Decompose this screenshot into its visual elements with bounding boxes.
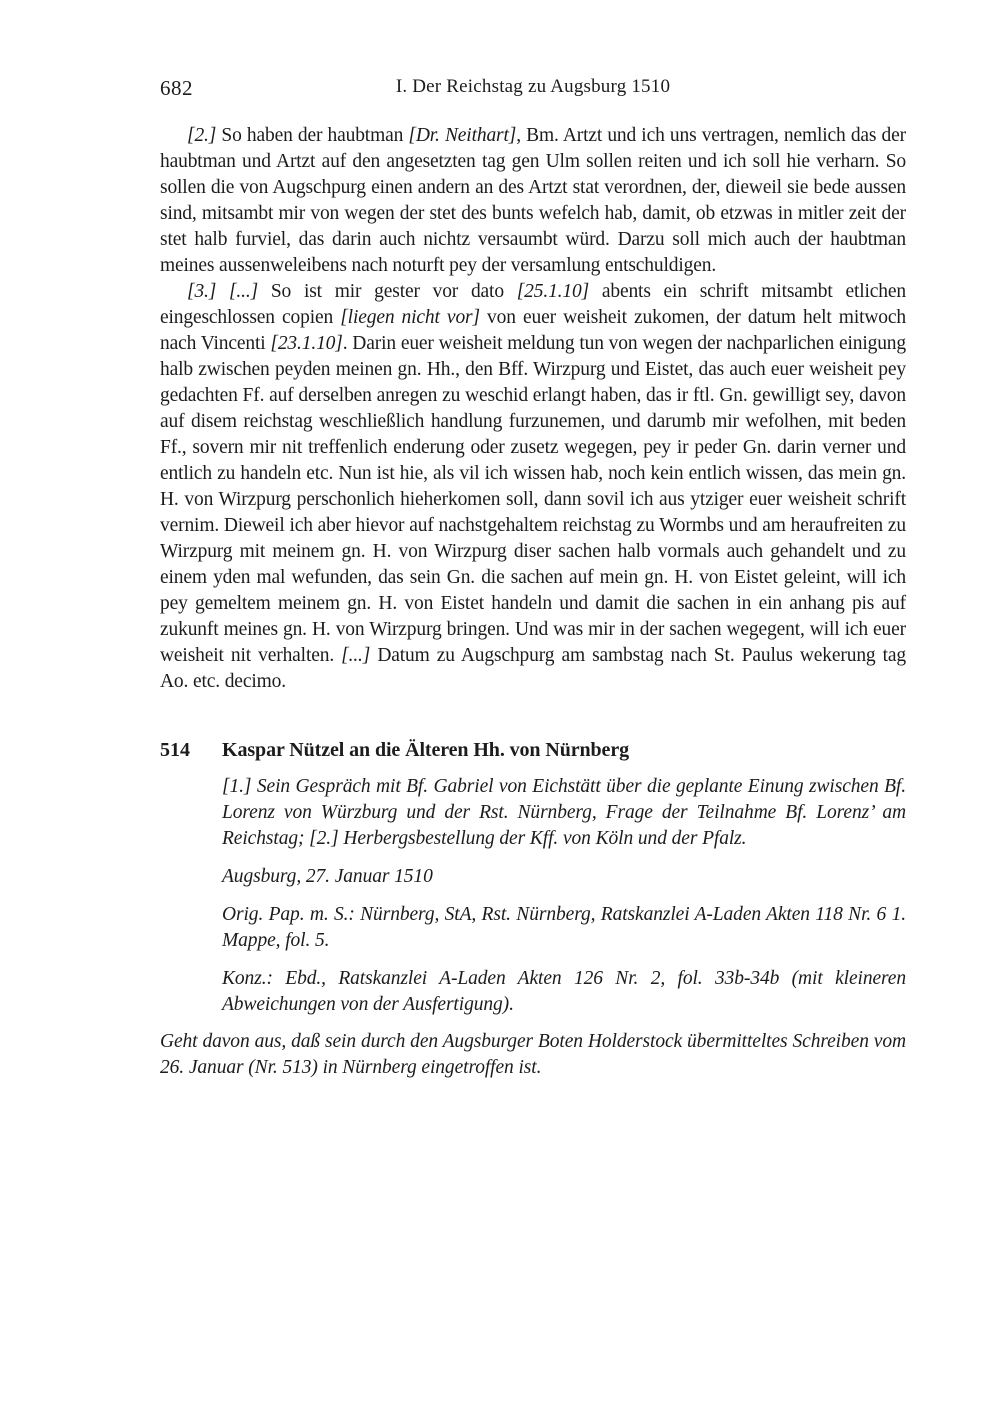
entry-heading: 514 Kaspar Nützel an die Älteren Hh. von…	[160, 739, 906, 762]
entry-514: 514 Kaspar Nützel an die Älteren Hh. von…	[160, 739, 906, 1018]
paragraph-letter-section-3: [3.] [...] So ist mir gester vor dato [2…	[160, 279, 906, 695]
page-header: 682 I. Der Reichstag zu Augsburg 1510	[160, 76, 906, 104]
paragraph-letter-section-2: [2.] So haben der haubtman [Dr. Neithart…	[160, 123, 906, 279]
entry-summary: [1.] Sein Gespräch mit Bf. Gabriel von E…	[222, 774, 906, 852]
page-content: 682 I. Der Reichstag zu Augsburg 1510 [2…	[160, 76, 906, 1081]
entry-title: Kaspar Nützel an die Älteren Hh. von Nür…	[222, 739, 629, 762]
entry-number: 514	[160, 739, 222, 762]
entry-date-place: Augsburg, 27. Januar 1510	[222, 864, 906, 890]
entry-editorial-note: Geht davon aus, daß sein durch den Augsb…	[160, 1029, 906, 1081]
entry-source-concept: Konz.: Ebd., Ratskanzlei A-Laden Akten 1…	[222, 966, 906, 1018]
running-header: I. Der Reichstag zu Augsburg 1510	[160, 76, 906, 98]
page-number: 682	[160, 76, 193, 101]
entry-source-original: Orig. Pap. m. S.: Nürnberg, StA, Rst. Nü…	[222, 902, 906, 954]
book-page: 682 I. Der Reichstag zu Augsburg 1510 [2…	[0, 0, 1004, 1418]
